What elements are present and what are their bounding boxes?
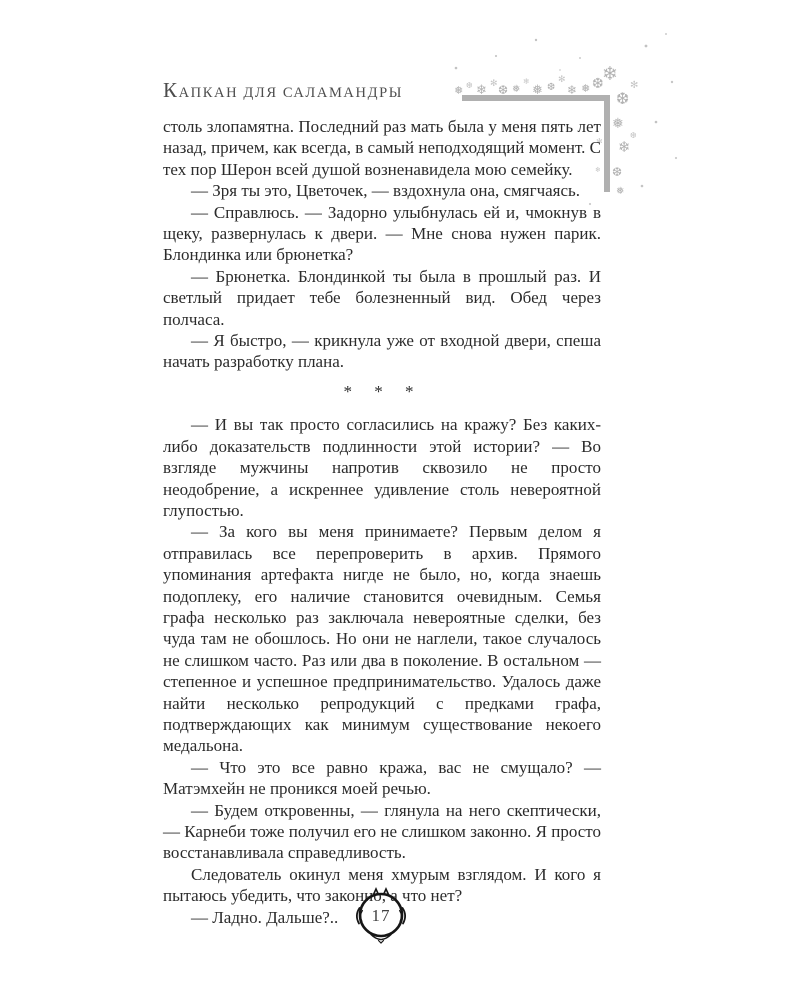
- svg-text:❄: ❄: [602, 63, 618, 85]
- svg-text:❅: ❅: [612, 116, 624, 132]
- svg-text:❄: ❄: [523, 77, 530, 86]
- running-header: Капкан для саламандры: [163, 78, 403, 103]
- paragraph: — И вы так просто согласились на кражу? …: [163, 414, 601, 521]
- svg-text:❄: ❄: [476, 83, 487, 98]
- svg-text:❅: ❅: [581, 82, 590, 95]
- svg-text:❆: ❆: [466, 81, 473, 90]
- svg-text:❆: ❆: [616, 89, 629, 108]
- book-page: ❅ ❆ ❄ ✻ ❆ ❅ ❄ ❅ ❆ ✻ ❄ ❅ ❆ ❄ ❆ ✻ ❅ ❄ ❆ ❆ …: [0, 0, 800, 1000]
- paragraph: — Что это все равно кража, вас не смущал…: [163, 757, 601, 800]
- paragraph: — За кого вы меня принимаете? Первым дел…: [163, 521, 601, 756]
- svg-text:❅: ❅: [454, 84, 463, 97]
- svg-text:✻: ✻: [558, 75, 566, 85]
- paragraph: — Я быстро, — крикнула уже от входной дв…: [163, 330, 601, 373]
- page-number: 17: [349, 883, 413, 947]
- text-block: столь злопамятна. Последний раз мать был…: [163, 116, 601, 928]
- svg-text:❆: ❆: [498, 83, 508, 97]
- svg-text:❆: ❆: [612, 165, 622, 179]
- svg-text:❆: ❆: [592, 76, 604, 92]
- svg-text:✻: ✻: [490, 79, 498, 89]
- svg-text:❅: ❅: [512, 84, 520, 95]
- paragraph: — Брюнетка. Блондинкой ты была в прошлый…: [163, 266, 601, 330]
- paragraph: — Зря ты это, Цветочек, — вздохнула она,…: [163, 180, 601, 201]
- svg-text:❄: ❄: [618, 138, 631, 156]
- svg-text:❆: ❆: [547, 82, 555, 93]
- svg-text:❅: ❅: [532, 83, 543, 98]
- paragraph: — Справлюсь. — Задорно улыбнулась ей и, …: [163, 202, 601, 266]
- scene-break-separator: * * *: [163, 373, 601, 414]
- svg-text:✻: ✻: [630, 80, 638, 91]
- paragraph: — Будем откровенны, — глянула на него ск…: [163, 800, 601, 864]
- svg-text:❅: ❅: [616, 186, 624, 197]
- paragraph: столь злопамятна. Последний раз мать был…: [163, 116, 601, 180]
- svg-text:❄: ❄: [567, 83, 577, 97]
- svg-text:❆: ❆: [630, 131, 637, 140]
- page-number-medallion: 17: [349, 883, 413, 947]
